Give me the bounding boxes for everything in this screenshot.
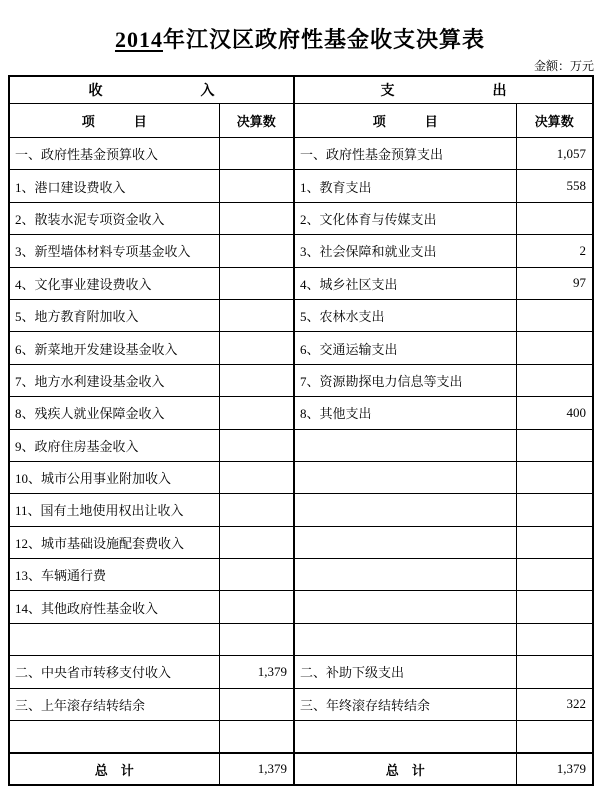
income-value-cell xyxy=(219,170,294,202)
page-title: 2014年江汉区政府性基金收支决算表 xyxy=(0,0,600,54)
expense-value-cell xyxy=(516,364,593,396)
expense-value-cell: 2 xyxy=(516,235,593,267)
expense-value-cell: 97 xyxy=(516,267,593,299)
income-item-cell xyxy=(9,623,219,655)
income-value-cell xyxy=(219,202,294,234)
income-value-cell xyxy=(219,235,294,267)
table-row: 12、城市基础设施配套费收入 xyxy=(9,526,593,558)
expense-item-cell: 1、教育支出 xyxy=(294,170,516,202)
expense-value-cell xyxy=(516,332,593,364)
section-header-row: 收 入 支 出 xyxy=(9,76,593,104)
table-row: 6、新菜地开发建设基金收入6、交通运输支出 xyxy=(9,332,593,364)
expense-item-cell: 5、农林水支出 xyxy=(294,299,516,331)
total-row: 总 计1,379总 计1,379 xyxy=(9,753,593,785)
table-row: 三、上年滚存结转结余三、年终滚存结转结余322 xyxy=(9,688,593,720)
expense-value-cell xyxy=(516,461,593,493)
expense-value-cell: 400 xyxy=(516,397,593,429)
expense-value-cell xyxy=(516,299,593,331)
expense-item-cell: 3、社会保障和就业支出 xyxy=(294,235,516,267)
income-item-cell: 二、中央省市转移支付收入 xyxy=(9,656,219,688)
table-row xyxy=(9,623,593,655)
expense-item-cell: 4、城乡社区支出 xyxy=(294,267,516,299)
income-item-cell: 12、城市基础设施配套费收入 xyxy=(9,526,219,558)
table-row: 8、残疾人就业保障金收入8、其他支出400 xyxy=(9,397,593,429)
expense-item-cell: 三、年终滚存结转结余 xyxy=(294,688,516,720)
income-item-cell xyxy=(9,721,219,753)
expense-section-header: 支 出 xyxy=(294,76,593,104)
income-value-cell: 1,379 xyxy=(219,753,294,785)
expense-amount-header: 决算数 xyxy=(516,104,593,138)
income-item-cell: 13、车辆通行费 xyxy=(9,559,219,591)
expense-value-cell xyxy=(516,526,593,558)
income-value-cell xyxy=(219,591,294,623)
title-text: 年江汉区政府性基金收支决算表 xyxy=(163,27,485,52)
income-value-cell xyxy=(219,623,294,655)
income-value-cell xyxy=(219,494,294,526)
expense-value-cell xyxy=(516,721,593,753)
table-row: 14、其他政府性基金收入 xyxy=(9,591,593,623)
table-row: 11、国有土地使用权出让收入 xyxy=(9,494,593,526)
expense-item-cell xyxy=(294,429,516,461)
income-value-cell xyxy=(219,397,294,429)
column-header-row: 项 目 决算数 项 目 决算数 xyxy=(9,104,593,138)
income-section-header: 收 入 xyxy=(9,76,294,104)
expense-value-cell xyxy=(516,202,593,234)
income-item-cell: 4、文化事业建设费收入 xyxy=(9,267,219,299)
table-row: 2、散装水泥专项资金收入2、文化体育与传媒支出 xyxy=(9,202,593,234)
page: 2014年江汉区政府性基金收支决算表 金额：万元 收 入 支 出 项 目 决算数… xyxy=(0,0,600,799)
income-item-cell: 9、政府住房基金收入 xyxy=(9,429,219,461)
income-value-cell xyxy=(219,364,294,396)
expense-value-cell xyxy=(516,559,593,591)
income-item-cell: 5、地方教育附加收入 xyxy=(9,299,219,331)
income-value-cell xyxy=(219,721,294,753)
expense-item-cell xyxy=(294,721,516,753)
income-item-header: 项 目 xyxy=(9,104,219,138)
income-item-cell: 总 计 xyxy=(9,753,219,785)
table-row: 7、地方水利建设基金收入7、资源勘探电力信息等支出 xyxy=(9,364,593,396)
income-item-cell: 6、新菜地开发建设基金收入 xyxy=(9,332,219,364)
table-row: 5、地方教育附加收入5、农林水支出 xyxy=(9,299,593,331)
income-item-cell: 10、城市公用事业附加收入 xyxy=(9,461,219,493)
expense-item-cell: 6、交通运输支出 xyxy=(294,332,516,364)
table-row xyxy=(9,721,593,753)
income-item-cell: 8、残疾人就业保障金收入 xyxy=(9,397,219,429)
table-head: 收 入 支 出 项 目 决算数 项 目 决算数 xyxy=(9,76,593,138)
income-value-cell xyxy=(219,688,294,720)
income-item-cell: 7、地方水利建设基金收入 xyxy=(9,364,219,396)
table-row: 10、城市公用事业附加收入 xyxy=(9,461,593,493)
table-row: 4、文化事业建设费收入4、城乡社区支出97 xyxy=(9,267,593,299)
income-item-cell: 3、新型墙体材料专项基金收入 xyxy=(9,235,219,267)
income-value-cell xyxy=(219,267,294,299)
income-value-cell xyxy=(219,429,294,461)
expense-value-cell xyxy=(516,494,593,526)
expense-value-cell xyxy=(516,591,593,623)
table-row: 二、中央省市转移支付收入1,379二、补助下级支出 xyxy=(9,656,593,688)
table-row: 1、港口建设费收入1、教育支出558 xyxy=(9,170,593,202)
expense-item-cell xyxy=(294,559,516,591)
income-item-cell: 1、港口建设费收入 xyxy=(9,170,219,202)
income-item-cell: 14、其他政府性基金收入 xyxy=(9,591,219,623)
expense-item-cell xyxy=(294,623,516,655)
income-item-cell: 三、上年滚存结转结余 xyxy=(9,688,219,720)
title-year: 2014 xyxy=(115,27,163,52)
income-value-cell xyxy=(219,332,294,364)
income-value-cell xyxy=(219,461,294,493)
income-item-cell: 一、政府性基金预算收入 xyxy=(9,138,219,170)
expense-item-cell: 二、补助下级支出 xyxy=(294,656,516,688)
expense-item-cell xyxy=(294,526,516,558)
income-value-cell xyxy=(219,526,294,558)
expense-item-header: 项 目 xyxy=(294,104,516,138)
expense-value-cell xyxy=(516,656,593,688)
expense-item-cell xyxy=(294,494,516,526)
table-row: 一、政府性基金预算收入一、政府性基金预算支出1,057 xyxy=(9,138,593,170)
expense-value-cell xyxy=(516,429,593,461)
expense-item-cell xyxy=(294,461,516,493)
income-item-cell: 11、国有土地使用权出让收入 xyxy=(9,494,219,526)
table-body: 一、政府性基金预算收入一、政府性基金预算支出1,0571、港口建设费收入1、教育… xyxy=(9,138,593,786)
expense-item-cell: 一、政府性基金预算支出 xyxy=(294,138,516,170)
expense-item-cell xyxy=(294,591,516,623)
expense-item-cell: 8、其他支出 xyxy=(294,397,516,429)
expense-value-cell xyxy=(516,623,593,655)
expense-value-cell: 558 xyxy=(516,170,593,202)
expense-item-cell: 总 计 xyxy=(294,753,516,785)
table-row: 9、政府住房基金收入 xyxy=(9,429,593,461)
income-amount-header: 决算数 xyxy=(219,104,294,138)
expense-value-cell: 1,379 xyxy=(516,753,593,785)
expense-value-cell: 1,057 xyxy=(516,138,593,170)
expense-value-cell: 322 xyxy=(516,688,593,720)
fund-table: 收 入 支 出 项 目 决算数 项 目 决算数 一、政府性基金预算收入一、政府性… xyxy=(8,75,594,786)
income-value-cell: 1,379 xyxy=(219,656,294,688)
table-row: 13、车辆通行费 xyxy=(9,559,593,591)
unit-label: 金额：万元 xyxy=(0,60,594,73)
income-value-cell xyxy=(219,299,294,331)
income-value-cell xyxy=(219,138,294,170)
expense-item-cell: 2、文化体育与传媒支出 xyxy=(294,202,516,234)
income-item-cell: 2、散装水泥专项资金收入 xyxy=(9,202,219,234)
expense-item-cell: 7、资源勘探电力信息等支出 xyxy=(294,364,516,396)
income-value-cell xyxy=(219,559,294,591)
table-row: 3、新型墙体材料专项基金收入3、社会保障和就业支出2 xyxy=(9,235,593,267)
